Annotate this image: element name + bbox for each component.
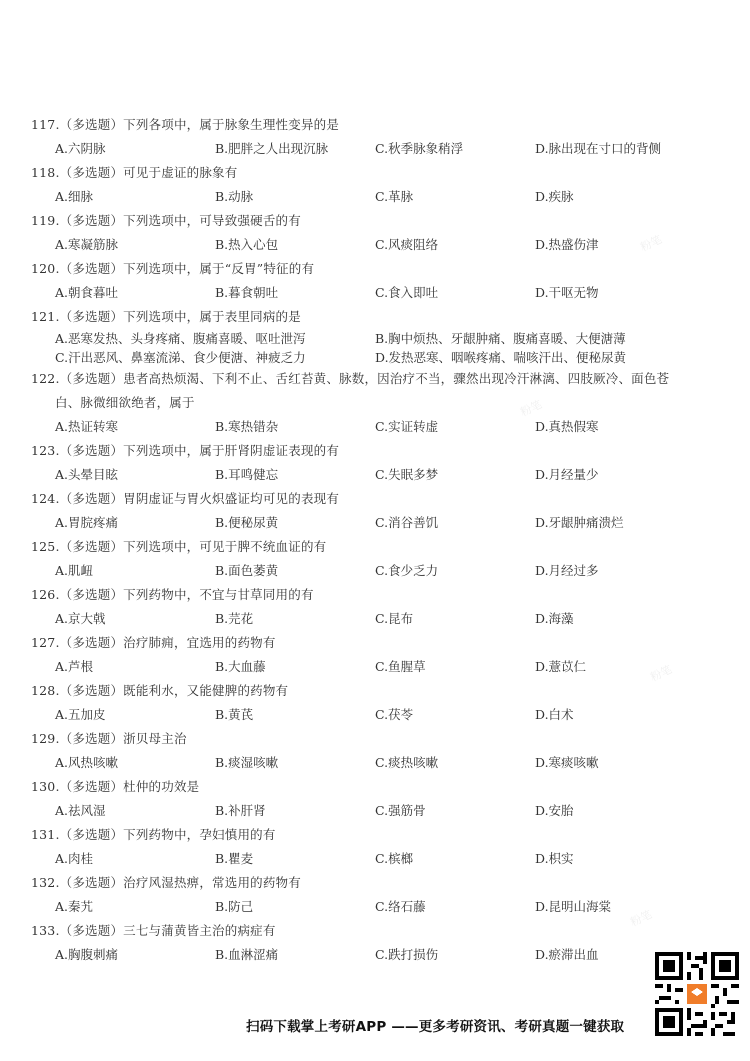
option-b: B.血淋涩痛	[215, 943, 278, 967]
option-b: B.芫花	[215, 607, 253, 631]
option-a: A.寒凝筋脉	[55, 233, 118, 257]
option-c: C.鱼腥草	[375, 655, 426, 679]
option-b: B.寒热错杂	[215, 415, 278, 439]
question-stem: 133.（多选题）三七与蒲黄皆主治的病症有	[31, 919, 721, 943]
option-a: A.肌衄	[55, 559, 93, 583]
question-119: 119.（多选题）下列选项中，可导致强硬舌的有 A.寒凝筋脉 B.热入心包 C.…	[31, 209, 721, 257]
option-a: A.肉桂	[55, 847, 93, 871]
qr-code-icon[interactable]	[655, 952, 739, 1036]
option-d: D.安胎	[535, 799, 574, 823]
option-b: B.热入心包	[215, 233, 278, 257]
question-131: 131.（多选题）下列药物中，孕妇慎用的有 A.肉桂 B.瞿麦 C.槟榔 D.枳…	[31, 823, 721, 871]
option-d: D.热盛伤津	[535, 233, 599, 257]
option-a: A.胸腹刺痛	[55, 943, 118, 967]
question-123: 123.（多选题）下列选项中，属于肝肾阴虚证表现的有 A.头晕目眩 B.耳鸣健忘…	[31, 439, 721, 487]
option-a: A.风热咳嗽	[55, 751, 118, 775]
question-stem: 127.（多选题）治疗肺痈，宜选用的药物有	[31, 631, 721, 655]
question-stem: 118.（多选题）可见于虚证的脉象有	[31, 161, 721, 185]
option-d: D.枳实	[535, 847, 574, 871]
option-a: A.芦根	[55, 655, 93, 679]
option-c: C.汗出恶风、鼻塞流涕、食少便溏、神疲乏力	[55, 348, 306, 367]
question-stem: 124.（多选题）胃阴虚证与胃火炽盛证均可见的表现有	[31, 487, 721, 511]
footer-promo-text: 扫码下载掌上考研APP ——更多考研资讯、考研真题一键获取	[246, 1015, 624, 1035]
question-stem: 130.（多选题）杜仲的功效是	[31, 775, 721, 799]
option-d: D.海藻	[535, 607, 574, 631]
option-b: B.面色萎黄	[215, 559, 278, 583]
option-d: D.疾脉	[535, 185, 574, 209]
option-d: D.薏苡仁	[535, 655, 586, 679]
option-d: D.脉出现在寸口的背侧	[535, 137, 661, 161]
question-124: 124.（多选题）胃阴虚证与胃火炽盛证均可见的表现有 A.胃脘疼痛 B.便秘尿黄…	[31, 487, 721, 535]
option-d: D.月经过多	[535, 559, 599, 583]
question-132: 132.（多选题）治疗风湿热痹，常选用的药物有 A.秦艽 B.防己 C.络石藤 …	[31, 871, 721, 919]
option-c: C.食入即吐	[375, 281, 438, 305]
option-c: C.昆布	[375, 607, 413, 631]
option-c: C.风痰阻络	[375, 233, 438, 257]
option-a: A.祛风湿	[55, 799, 106, 823]
option-a: A.头晕目眩	[55, 463, 118, 487]
option-c: C.实证转虚	[375, 415, 438, 439]
question-stem: 132.（多选题）治疗风湿热痹，常选用的药物有	[31, 871, 721, 895]
question-129: 129.（多选题）浙贝母主治 A.风热咳嗽 B.痰湿咳嗽 C.痰热咳嗽 D.寒痰…	[31, 727, 721, 775]
option-b: B.耳鸣健忘	[215, 463, 278, 487]
question-stem: 117.（多选题）下列各项中，属于脉象生理性变异的是	[31, 113, 721, 137]
option-b: B.黄芪	[215, 703, 253, 727]
question-127: 127.（多选题）治疗肺痈，宜选用的药物有 A.芦根 B.大血藤 C.鱼腥草 D…	[31, 631, 721, 679]
option-b: B.防己	[215, 895, 253, 919]
option-c: C.失眠多梦	[375, 463, 438, 487]
option-b: B.补肝肾	[215, 799, 266, 823]
option-c: C.消谷善饥	[375, 511, 438, 535]
option-c: C.秋季脉象稍浮	[375, 137, 463, 161]
option-a: A.京大戟	[55, 607, 106, 631]
option-c: C.痰热咳嗽	[375, 751, 438, 775]
option-c: C.茯苓	[375, 703, 413, 727]
option-b: B.胸中烦热、牙龈肿痛、腹痛喜暖、大便溏薄	[375, 329, 626, 348]
exam-page: 粉笔 粉笔 粉笔 粉笔 117.（多选题）下列各项中，属于脉象生理性变异的是 A…	[0, 0, 750, 1061]
question-122: 122.（多选题）患者高热烦渴、下利不止、舌红苔黄、脉数，因治疗不当，骤然出现冷…	[31, 367, 721, 439]
option-a: A.热证转寒	[55, 415, 118, 439]
option-b: B.肥胖之人出现沉脉	[215, 137, 328, 161]
option-b: B.暮食朝吐	[215, 281, 278, 305]
option-b: B.大血藤	[215, 655, 266, 679]
option-d: D.真热假寒	[535, 415, 599, 439]
question-list: 117.（多选题）下列各项中，属于脉象生理性变异的是 A.六阴脉 B.肥胖之人出…	[31, 113, 721, 967]
option-a: A.恶寒发热、头身疼痛、腹痛喜暖、呕吐泄泻	[55, 329, 306, 348]
question-stem: 122.（多选题）患者高热烦渴、下利不止、舌红苔黄、脉数，因治疗不当，骤然出现冷…	[31, 367, 721, 415]
question-117: 117.（多选题）下列各项中，属于脉象生理性变异的是 A.六阴脉 B.肥胖之人出…	[31, 113, 721, 161]
option-b: B.痰湿咳嗽	[215, 751, 278, 775]
question-stem: 129.（多选题）浙贝母主治	[31, 727, 721, 751]
question-133: 133.（多选题）三七与蒲黄皆主治的病症有 A.胸腹刺痛 B.血淋涩痛 C.跌打…	[31, 919, 721, 967]
option-d: D.瘀滞出血	[535, 943, 599, 967]
option-b: B.瞿麦	[215, 847, 253, 871]
question-stem: 119.（多选题）下列选项中，可导致强硬舌的有	[31, 209, 721, 233]
option-c: C.跌打损伤	[375, 943, 438, 967]
question-stem: 121.（多选题）下列选项中，属于表里同病的是	[31, 305, 721, 329]
option-d: D.寒痰咳嗽	[535, 751, 599, 775]
question-stem: 120.（多选题）下列选项中，属于“反胃”特征的有	[31, 257, 721, 281]
question-130: 130.（多选题）杜仲的功效是 A.祛风湿 B.补肝肾 C.强筋骨 D.安胎	[31, 775, 721, 823]
option-d: D.白术	[535, 703, 574, 727]
question-stem: 126.（多选题）下列药物中，不宜与甘草同用的有	[31, 583, 721, 607]
question-118: 118.（多选题）可见于虚证的脉象有 A.细脉 B.动脉 C.革脉 D.疾脉	[31, 161, 721, 209]
option-d: D.月经量少	[535, 463, 599, 487]
option-a: A.五加皮	[55, 703, 106, 727]
option-c: C.络石藤	[375, 895, 426, 919]
option-d: D.发热恶寒、咽喉疼痛、喘咳汗出、便秘尿黄	[375, 348, 626, 367]
question-126: 126.（多选题）下列药物中，不宜与甘草同用的有 A.京大戟 B.芫花 C.昆布…	[31, 583, 721, 631]
option-c: C.革脉	[375, 185, 413, 209]
option-a: A.秦艽	[55, 895, 93, 919]
question-stem: 128.（多选题）既能利水，又能健脾的药物有	[31, 679, 721, 703]
option-b: B.动脉	[215, 185, 253, 209]
question-stem: 131.（多选题）下列药物中，孕妇慎用的有	[31, 823, 721, 847]
option-c: C.强筋骨	[375, 799, 426, 823]
option-d: D.昆明山海棠	[535, 895, 611, 919]
question-121: 121.（多选题）下列选项中，属于表里同病的是 A.恶寒发热、头身疼痛、腹痛喜暖…	[31, 305, 721, 367]
option-a: A.胃脘疼痛	[55, 511, 118, 535]
option-a: A.六阴脉	[55, 137, 106, 161]
option-a: A.朝食暮吐	[55, 281, 118, 305]
question-125: 125.（多选题）下列选项中，可见于脾不统血证的有 A.肌衄 B.面色萎黄 C.…	[31, 535, 721, 583]
question-stem: 123.（多选题）下列选项中，属于肝肾阴虚证表现的有	[31, 439, 721, 463]
option-d: D.牙龈肿痛溃烂	[535, 511, 624, 535]
option-b: B.便秘尿黄	[215, 511, 278, 535]
question-stem: 125.（多选题）下列选项中，可见于脾不统血证的有	[31, 535, 721, 559]
question-120: 120.（多选题）下列选项中，属于“反胃”特征的有 A.朝食暮吐 B.暮食朝吐 …	[31, 257, 721, 305]
option-a: A.细脉	[55, 185, 93, 209]
option-c: C.槟榔	[375, 847, 413, 871]
option-c: C.食少乏力	[375, 559, 438, 583]
option-d: D.干呕无物	[535, 281, 599, 305]
question-128: 128.（多选题）既能利水，又能健脾的药物有 A.五加皮 B.黄芪 C.茯苓 D…	[31, 679, 721, 727]
